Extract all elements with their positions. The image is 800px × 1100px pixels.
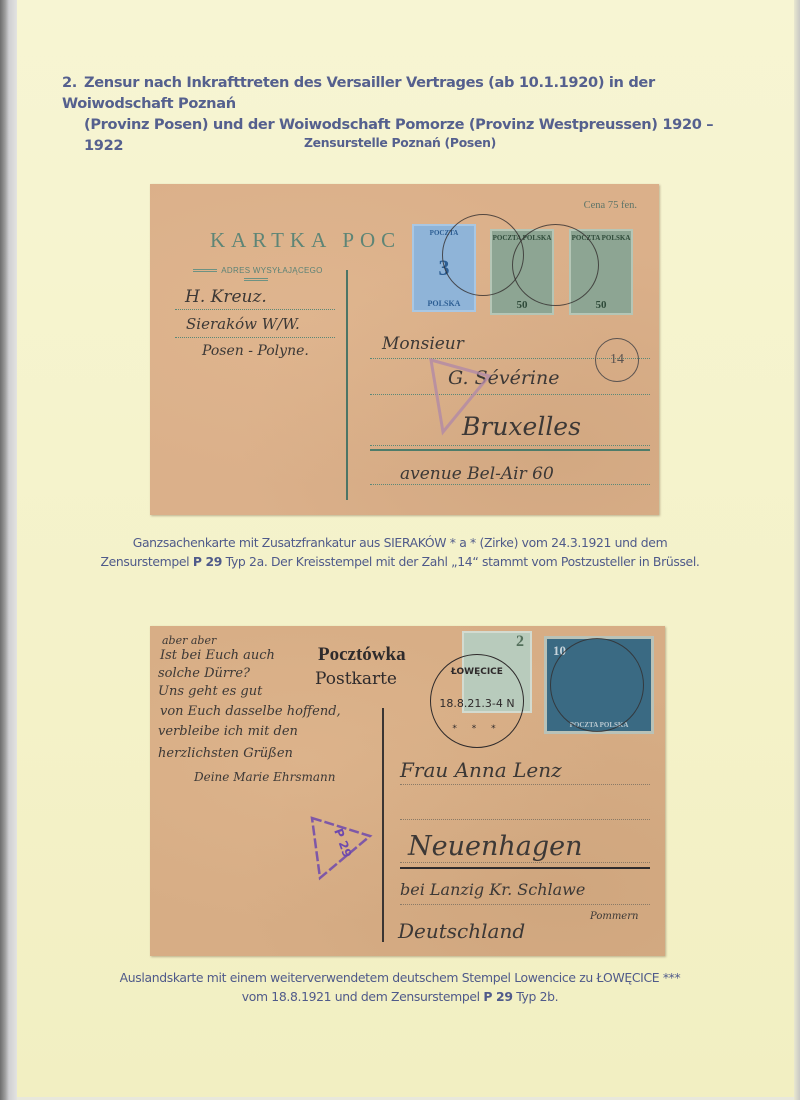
message-line: von Euch dasselbe hoffend, — [160, 704, 341, 719]
address-line — [400, 862, 650, 863]
card-printed-title: KARTKA POC — [210, 228, 401, 253]
sender-region: Posen - Polyne. — [202, 343, 309, 359]
message-signature: Deine Marie Ehrsmann — [194, 770, 336, 784]
recipient-country: Deutschland — [398, 919, 525, 943]
message-line: aber aber — [162, 634, 216, 647]
postmark-lowecice: ŁOWĘCICE 18.8.21.3-4 N * * * — [430, 654, 524, 748]
postcard-pocztowka: Pocztówka Postkarte aber aber Ist bei Eu… — [150, 626, 665, 956]
card-divider-line — [346, 270, 348, 500]
message-line: Ist bei Euch auch — [160, 648, 275, 663]
caption-1-line-1: Ganzsachenkarte mit Zusatzfrankatur aus … — [0, 533, 800, 552]
sender-line — [175, 337, 335, 338]
caption-2-line-2: vom 18.8.1921 und dem Zensurstempel P 29… — [0, 987, 800, 1006]
sender-address-label: ADRES WYSYŁAJĄCEGO — [175, 266, 337, 284]
address-line — [370, 445, 650, 446]
caption-card-2: Auslandskarte mit einem weiterverwendete… — [0, 968, 800, 1006]
address-line — [400, 819, 650, 820]
address-underline — [370, 449, 650, 451]
message-line: solche Dürre? — [158, 666, 250, 681]
sender-town: Sieraków W/W. — [186, 315, 300, 333]
heading-number: 2. — [62, 72, 84, 93]
censor-triangle-icon — [425, 354, 495, 439]
postcard-kartka-pocztowa: KARTKA POC Cena 75 fen. ADRES WYSYŁAJĄCE… — [150, 184, 659, 515]
recipient-town: Neuenhagen — [408, 831, 583, 862]
censor-code: P 29 — [483, 989, 512, 1004]
card-price-imprint: Cena 75 fen. — [584, 200, 637, 211]
censor-code: P 29 — [193, 554, 222, 569]
card-title-polish: Pocztówka — [318, 644, 406, 666]
postmark-on-stamp — [550, 638, 644, 732]
message-line: Uns geht es gut — [158, 684, 262, 699]
address-line — [400, 904, 650, 905]
sender-name: H. Kreuz. — [185, 287, 267, 307]
message-line: verbleibe ich mit den — [158, 724, 298, 739]
delivery-circle-stamp: 14 — [595, 338, 639, 382]
message-line: herzlichsten Grüßen — [158, 746, 293, 761]
recipient-name: Frau Anna Lenz — [400, 758, 562, 782]
recipient-salutation: Monsieur — [382, 334, 464, 354]
cancellation-postmark — [442, 214, 524, 296]
address-underline — [400, 867, 650, 869]
address-line — [370, 484, 650, 485]
recipient-street: avenue Bel-Air 60 — [400, 464, 554, 484]
address-line — [400, 784, 650, 785]
address-line — [370, 394, 650, 395]
caption-1-line-2: Zensurstempel P 29 Typ 2a. Der Kreisstem… — [0, 552, 800, 571]
page-subheading: Zensurstelle Poznań (Posen) — [0, 135, 800, 150]
recipient-district: bei Lanzig Kr. Schlawe — [400, 880, 585, 899]
recipient-province: Pommern — [590, 911, 638, 922]
caption-card-1: Ganzsachenkarte mit Zusatzfrankatur aus … — [0, 533, 800, 571]
sender-line — [175, 309, 335, 310]
heading-line-1: Zensur nach Inkrafttreten des Versailler… — [62, 74, 655, 112]
caption-2-line-1: Auslandskarte mit einem weiterverwendete… — [0, 968, 800, 987]
cancellation-postmark — [512, 224, 599, 306]
card-title-german: Postkarte — [315, 669, 397, 689]
